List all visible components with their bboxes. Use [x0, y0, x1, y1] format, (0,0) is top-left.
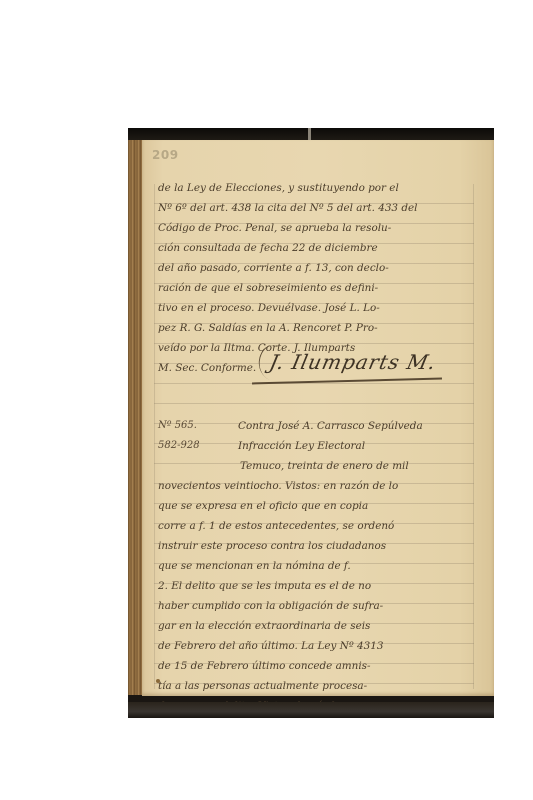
- entry-reference: 582-928: [158, 436, 200, 456]
- entry-heading-defendant: Contra José A. Carrasco Sepúlveda: [238, 416, 423, 436]
- text-line: Nº 6º del art. 438 la cita del Nº 5 del …: [158, 198, 480, 218]
- page-number: 209: [152, 148, 179, 162]
- text-line: ción consultada de fecha 22 de diciembre: [158, 238, 480, 258]
- scanner-bottom-edge: [128, 702, 494, 718]
- continuation-text: de la Ley de Elecciones, y sustituyendo …: [158, 178, 480, 378]
- text-line: Código de Proc. Penal, se aprueba la res…: [158, 218, 480, 238]
- entry-body: Temuco, treinta de enero de mil novecien…: [158, 456, 480, 718]
- text-line: de 15 de Febrero último concede amnis-: [158, 656, 480, 676]
- text-line: tivo en el proceso. Devuélvase. José L. …: [158, 298, 480, 318]
- ledger-photo: 209 de la Ley de Elecciones, y sustituye…: [128, 128, 494, 718]
- text-line: ración de que el sobreseimiento es defin…: [158, 278, 480, 298]
- scanner-top-edge: [128, 128, 494, 140]
- text-line: que se expresa en el oficio que en copia: [158, 496, 480, 516]
- text-line: Temuco, treinta de enero de mil: [158, 456, 480, 476]
- text-line: del año pasado, corriente a f. 13, con d…: [158, 258, 480, 278]
- text-line: de la Ley de Elecciones, y sustituyendo …: [158, 178, 480, 198]
- entry-heading-offense: Infracción Ley Electoral: [238, 436, 365, 456]
- book-page-edges: [128, 140, 142, 695]
- text-line: haber cumplido con la obligación de sufr…: [158, 596, 480, 616]
- signature: J. Ilumparts M.: [267, 350, 438, 374]
- text-line: pez R. G. Saldías en la A. Rencoret P. P…: [158, 318, 480, 338]
- margin-ink-spot: [156, 679, 160, 683]
- text-line: novecientos veintiocho. Vistos: en razón…: [158, 476, 480, 496]
- ledger-page: 209 de la Ley de Elecciones, y sustituye…: [142, 140, 494, 696]
- text-line: tía a las personas actualmente procesa-: [158, 676, 480, 696]
- text-line: 2. El delito que se les imputa es el de …: [158, 576, 480, 596]
- text-line: corre a f. 1 de estos antecedentes, se o…: [158, 516, 480, 536]
- entry-number: Nº 565.: [158, 416, 197, 436]
- page-clip: [308, 128, 311, 140]
- text-line: instruir este proceso contra los ciudada…: [158, 536, 480, 556]
- text-line: que se mencionan en la nómina de f.: [158, 556, 480, 576]
- text-line: gar en la elección extraordinaria de sei…: [158, 616, 480, 636]
- text-line: de Febrero del año último. La Ley Nº 431…: [158, 636, 480, 656]
